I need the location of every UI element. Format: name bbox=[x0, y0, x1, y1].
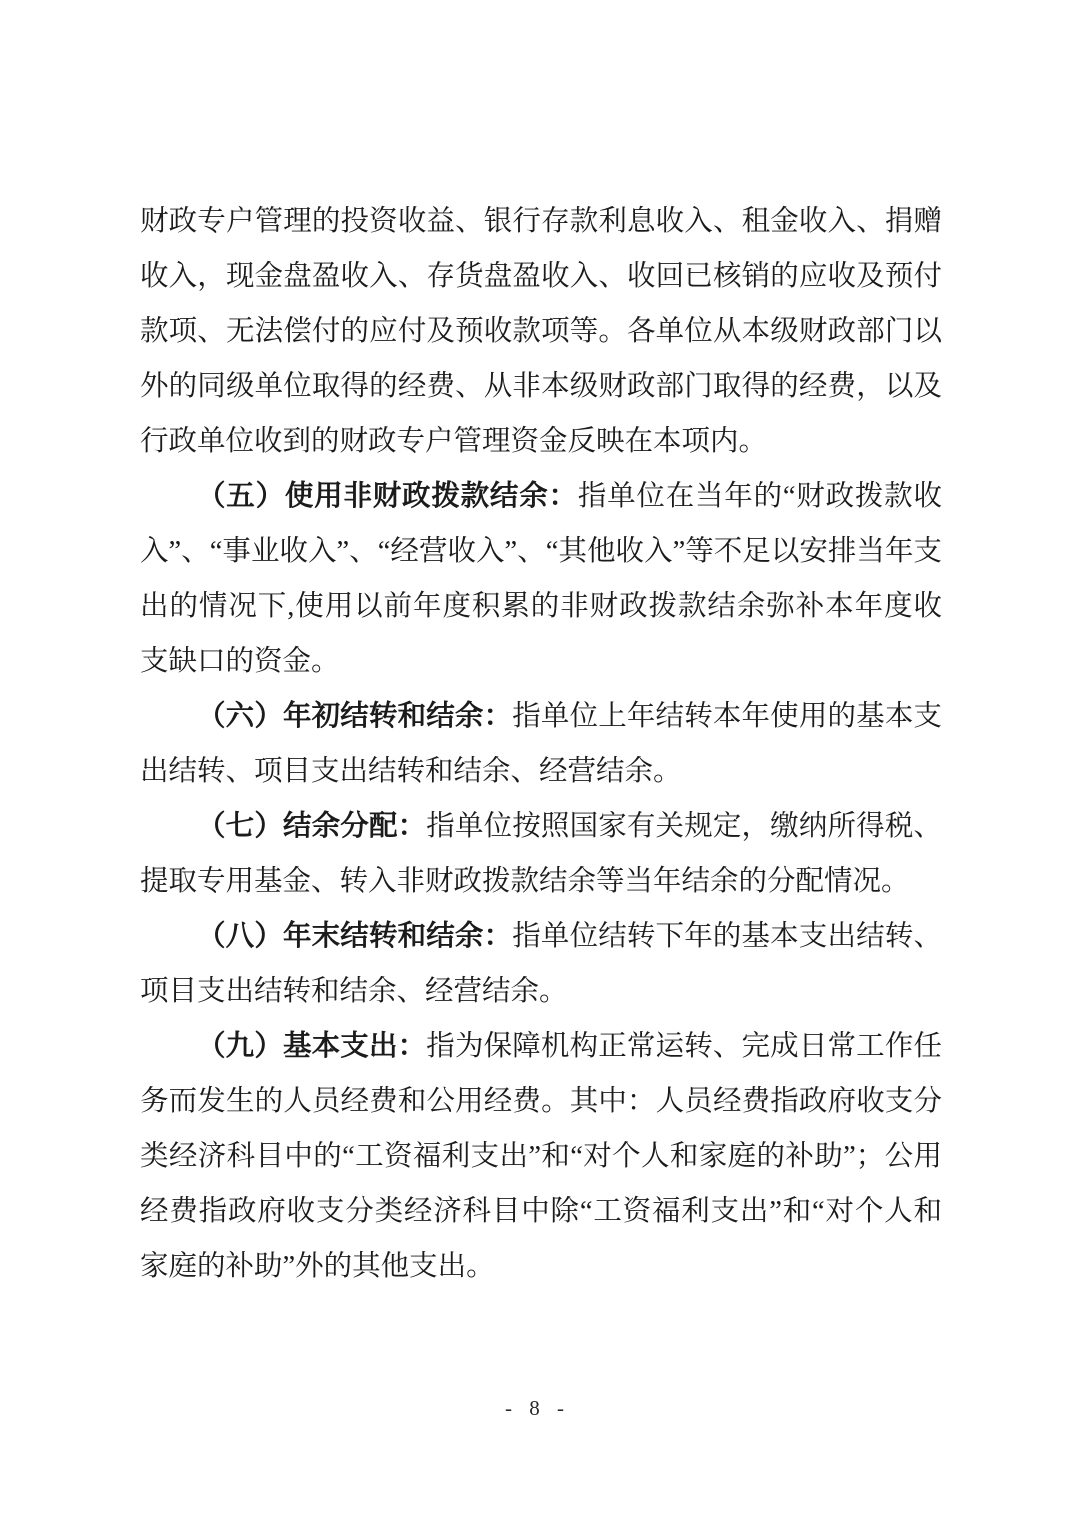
paragraph-item-8: （八）年末结转和结余：指单位结转下年的基本支出结转、项目支出结转和结余、经营结余… bbox=[140, 909, 942, 1019]
paragraph-item-6: （六）年初结转和结余：指单位上年结转本年使用的基本支出结转、项目支出结转和结余、… bbox=[140, 689, 942, 799]
paragraph-lead: （六）年初结转和结余： bbox=[197, 701, 512, 732]
paragraph-item-9: （九）基本支出：指为保障机构正常运转、完成日常工作任务而发生的人员经费和公用经费… bbox=[140, 1019, 942, 1294]
page-number: - 8 - bbox=[0, 1396, 1075, 1421]
paragraph-item-5: （五）使用非财政拨款结余：指单位在当年的“财政拨款收入”、“事业收入”、“经营收… bbox=[140, 469, 942, 689]
paragraph-lead: （七）结余分配： bbox=[197, 811, 426, 842]
paragraph-item-7: （七）结余分配：指单位按照国家有关规定，缴纳所得税、提取专用基金、转入非财政拨款… bbox=[140, 799, 942, 909]
page-body: 财政专户管理的投资收益、银行存款利息收入、租金收入、捐赠收入，现金盘盈收入、存货… bbox=[140, 194, 942, 1294]
paragraph-text: 财政专户管理的投资收益、银行存款利息收入、租金收入、捐赠收入，现金盘盈收入、存货… bbox=[140, 206, 942, 457]
paragraph-continuation: 财政专户管理的投资收益、银行存款利息收入、租金收入、捐赠收入，现金盘盈收入、存货… bbox=[140, 194, 942, 469]
paragraph-lead: （五）使用非财政拨款结余： bbox=[197, 481, 578, 512]
paragraph-lead: （九）基本支出： bbox=[197, 1031, 426, 1062]
paragraph-text: 指为保障机构正常运转、完成日常工作任务而发生的人员经费和公用经费。其中：人员经费… bbox=[140, 1031, 942, 1282]
paragraph-lead: （八）年末结转和结余： bbox=[197, 921, 512, 952]
document-page: 财政专户管理的投资收益、银行存款利息收入、租金收入、捐赠收入，现金盘盈收入、存货… bbox=[0, 0, 1075, 1520]
